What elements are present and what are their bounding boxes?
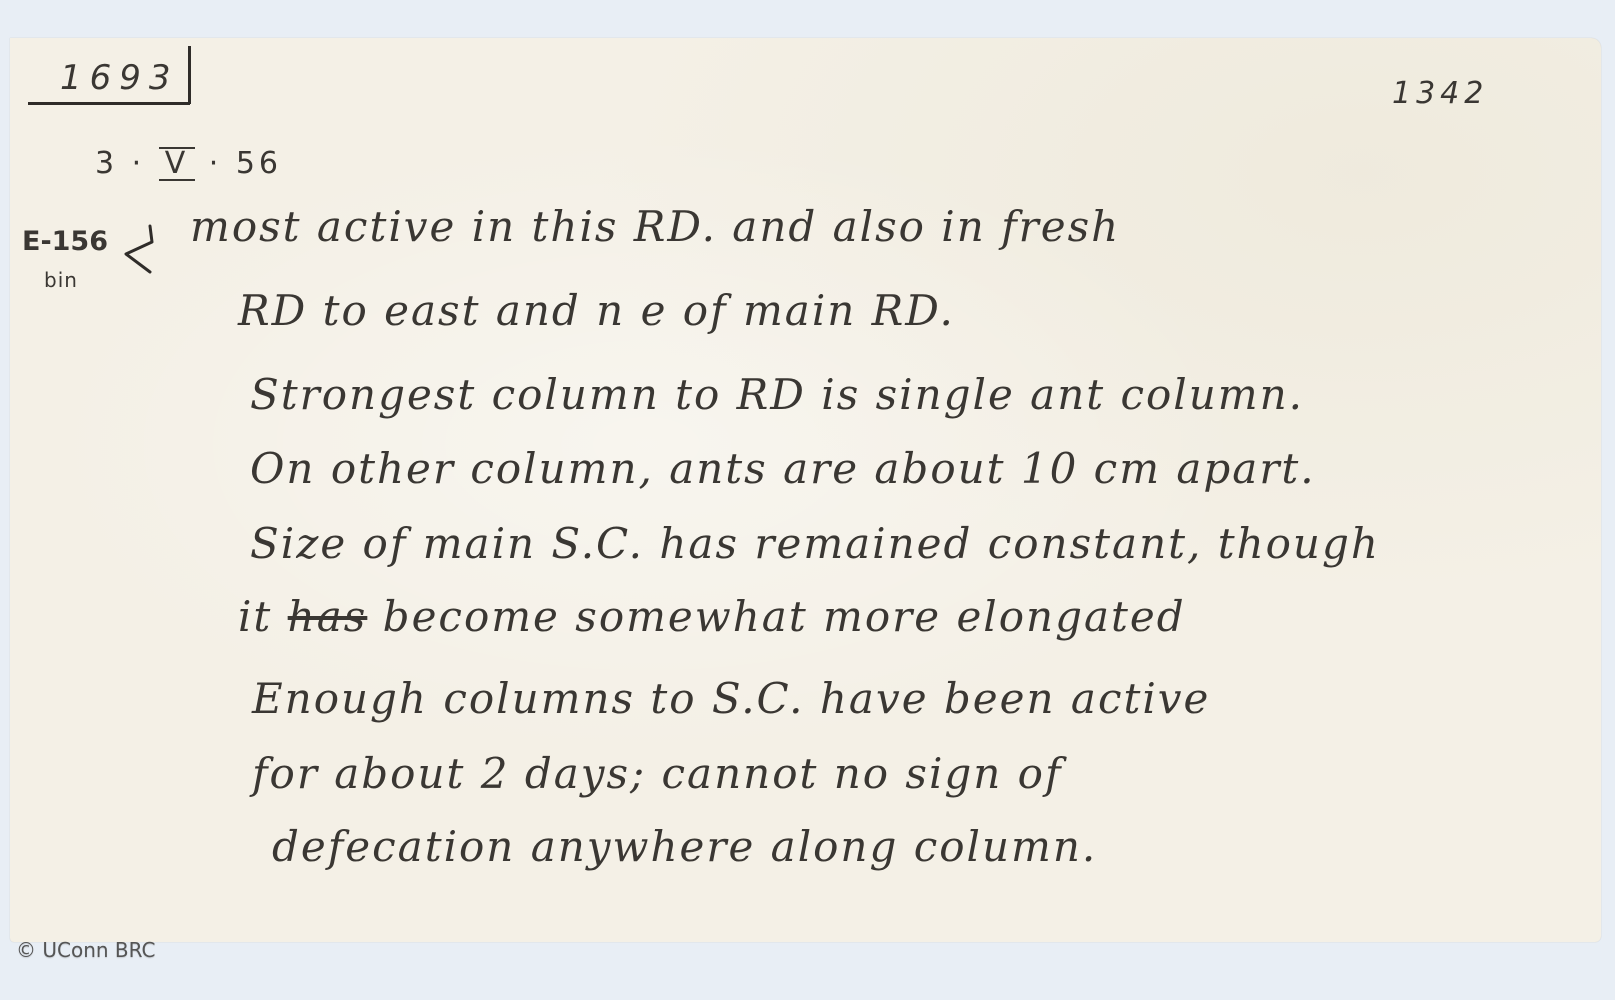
note-line-6: it has become somewhat more elongated (238, 596, 1186, 638)
note-line-5: Size of main S.C. has remained constant,… (250, 523, 1380, 565)
date-separator: · (195, 146, 236, 181)
brace-icon (120, 220, 160, 280)
note-date: 3 · V · 56 (95, 146, 282, 181)
note-line-3: Strongest column to RD is single ant col… (250, 374, 1304, 416)
note-line-6-before: it (238, 592, 288, 641)
note-line-1: most active in this RD. and also in fres… (190, 206, 1120, 248)
catalog-number-box-edge (188, 46, 191, 104)
catalog-number-underline (28, 102, 190, 105)
note-line-8: for about 2 days; cannot no sign of (252, 753, 1063, 795)
date-separator: · (118, 146, 159, 181)
date-day: 3 (95, 146, 118, 181)
note-line-6-after: become somewhat more elongated (367, 592, 1185, 641)
struck-word: has (288, 592, 368, 641)
note-line-7: Enough columns to S.C. have been active (252, 678, 1210, 720)
specimen-code: E-156 (22, 226, 108, 257)
field-note-card: 1693 1342 3 · V · 56 E-156 bin most acti… (10, 38, 1601, 942)
note-line-4: On other column, ants are about 10 cm ap… (250, 448, 1316, 490)
note-line-9: defecation anywhere along column. (272, 826, 1097, 868)
date-year: 56 (236, 146, 282, 181)
page-number: 1342 (1392, 76, 1488, 111)
note-line-2: RD to east and n e of main RD. (238, 290, 955, 332)
date-month-roman: V (159, 147, 196, 181)
catalog-number: 1693 (60, 58, 179, 98)
specimen-sub-label: bin (44, 268, 78, 292)
copyright-notice: © UConn BRC (16, 938, 156, 962)
